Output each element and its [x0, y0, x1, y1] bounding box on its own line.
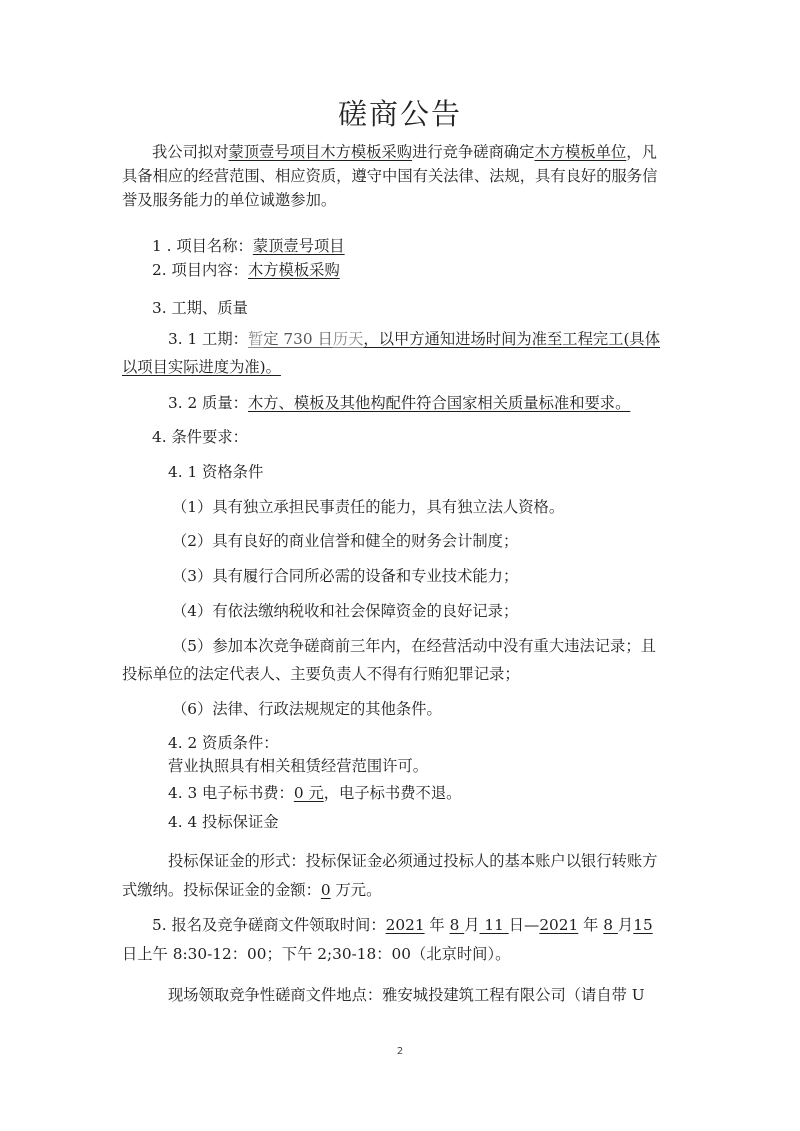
heading-qualification-cert: 4. 2 资质条件： — [168, 733, 279, 753]
item-schedule: 3. 1 工期：暂定 730 日历天，以甲方通知进场时间为准至工程完工(具体 — [168, 329, 660, 349]
heading-bid-bond: 4. 4 投标保证金 — [168, 812, 279, 832]
document-page: 磋商公告 我公司拟对蒙顶壹号项目木方模板采购进行竞争磋商确定木方模板单位，凡 具… — [0, 0, 800, 1131]
intro-line-2: 具备相应的经营范围、相应资质，遵守中国有关法律、法规，具有良好的服务信 — [122, 166, 657, 186]
condition-5-cont: 投标单位的法定代表人、主要负责人不得有行贿犯罪记录； — [122, 664, 520, 684]
item-project-content: 2. 项目内容：木方模板采购 — [152, 260, 340, 280]
item-quality: 3. 2 质量：木方、模板及其他构配件符合国家相关质量标准和要求。 — [168, 393, 630, 413]
condition-4: （4）有依法缴纳税收和社会保障资金的良好记录； — [172, 601, 518, 621]
bid-bond-line-2: 式缴纳。投标保证金的金额：0 万元。 — [122, 880, 381, 900]
page-number: 2 — [0, 1046, 800, 1057]
condition-1: （1）具有独立承担民事责任的能力，具有独立法人资格。 — [172, 497, 564, 517]
heading-schedule-quality: 3. 工期、质量 — [152, 298, 248, 318]
item-bid-doc-fee: 4. 3 电子标书费：0 元，电子标书费不退。 — [168, 783, 461, 803]
condition-6: （6）法律、行政法规规定的其他条件。 — [172, 699, 442, 719]
intro-line-3: 誉及服务能力的单位诚邀参加。 — [122, 190, 336, 210]
project-name-underlined: 蒙顶壹号项目木方模板采购 — [229, 143, 413, 161]
pickup-location: 现场领取竞争性磋商文件地点：雅安城投建筑工程有限公司（请自带 U — [168, 985, 645, 1005]
condition-2: （2）具有良好的商业信誉和健全的财务会计制度； — [172, 531, 518, 551]
license-requirement: 营业执照具有相关租赁经营范围许可。 — [168, 756, 428, 776]
unit-underlined: 木方模板单位 — [534, 143, 626, 161]
heading-conditions: 4. 条件要求： — [152, 427, 248, 447]
page-title: 磋商公告 — [0, 92, 800, 133]
condition-3: （3）具有履行合同所必需的设备和专业技术能力； — [172, 566, 518, 586]
intro-line-1: 我公司拟对蒙顶壹号项目木方模板采购进行竞争磋商确定木方模板单位，凡 — [152, 142, 657, 162]
item-schedule-cont: 以项目实际进度为准)。 — [122, 357, 281, 377]
registration-hours: 日上午 8:30-12：00；下午 2;30-18：00（北京时间）。 — [122, 944, 510, 964]
condition-5: （5）参加本次竞争磋商前三年内，在经营活动中没有重大违法记录；且 — [172, 636, 656, 656]
item-project-name: 1 . 项目名称：蒙顶壹号项目 — [152, 236, 345, 256]
bid-bond-line-1: 投标保证金的形式：投标保证金必须通过投标人的基本账户以银行转账方 — [168, 851, 658, 871]
item-registration-time: 5. 报名及竞争磋商文件领取时间：2021 年 8 月 11 日—2021 年 … — [152, 915, 653, 935]
heading-qualification: 4. 1 资格条件 — [168, 462, 263, 482]
